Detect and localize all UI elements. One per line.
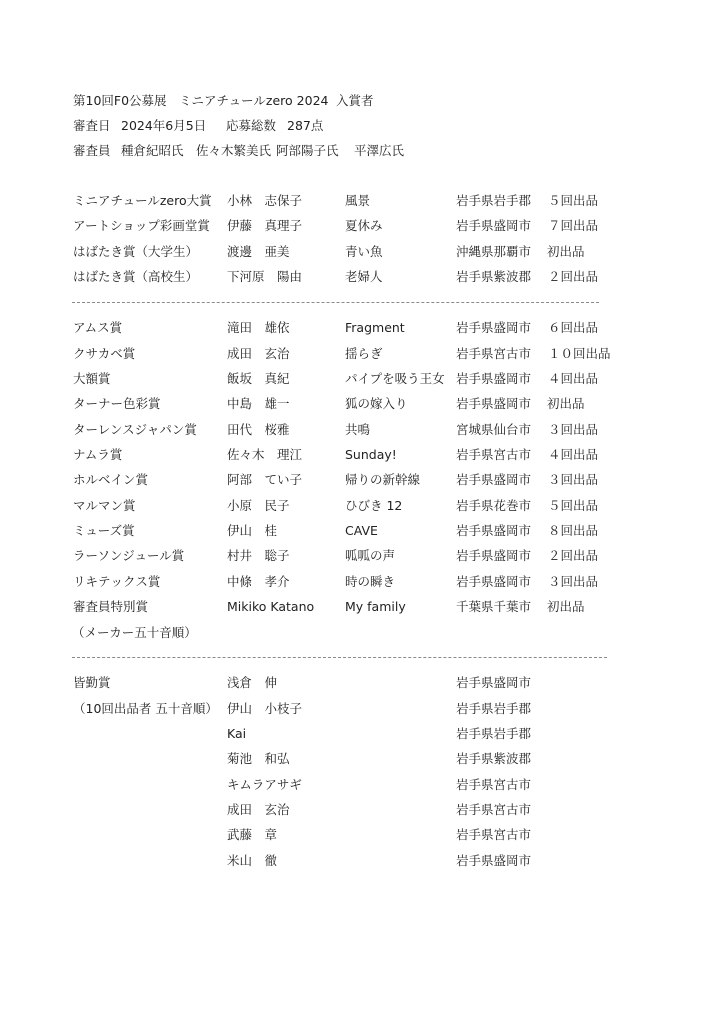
attendee-name: 伊山 小枝子: [227, 701, 302, 717]
entry-count: ３回出品: [548, 422, 598, 438]
winner-name: 飯坂 真紀: [227, 371, 290, 387]
judge-name: 佐々木繁美氏: [196, 143, 271, 159]
winner-name: 下河原 陽由: [227, 269, 302, 285]
entry-count: ３回出品: [548, 574, 598, 590]
prefecture-city: 岩手県岩手郡: [456, 726, 531, 742]
work-title: My family: [345, 599, 406, 615]
winner-name: 伊山 桂: [227, 523, 277, 539]
award-name: ターナー色彩賞: [73, 396, 161, 412]
prefecture-city: 岩手県盛岡市: [456, 320, 531, 336]
work-title: Fragment: [345, 320, 405, 336]
award-name: リキテックス賞: [73, 574, 160, 590]
prefecture-city: 岩手県宮古市: [456, 777, 531, 793]
award-name: マルマン賞: [73, 498, 136, 514]
entry-count: 初出品: [547, 244, 585, 260]
prefecture-city: 岩手県盛岡市: [456, 472, 531, 488]
winner-name: 佐々木 理江: [227, 447, 302, 463]
entry-count: ６回出品: [548, 320, 598, 336]
entry-count: ３回出品: [548, 472, 598, 488]
winner-name: 伊藤 真理子: [227, 218, 302, 234]
award-name: クサカベ賞: [73, 346, 135, 362]
prefecture-city: 岩手県岩手郡: [456, 701, 531, 717]
exhibition-title: 第10回F0公募展 ミニアチュールzero 2024: [73, 93, 328, 109]
prefecture-city: 岩手県盛岡市: [456, 574, 531, 590]
award-name: ターレンスジャパン賞: [73, 422, 197, 438]
work-title: 揺らぎ: [345, 346, 383, 362]
prefecture-city: 千葉県千葉市: [456, 599, 531, 615]
prefecture-city: 宮城県仙台市: [456, 422, 531, 438]
section-divider: [72, 657, 607, 658]
work-title: 狐の嫁入り: [345, 396, 408, 412]
prefecture-city: 岩手県宮古市: [456, 802, 531, 818]
work-title: 夏休み: [345, 218, 383, 234]
work-title: パイプを吸う王女: [345, 371, 445, 387]
maker-order-note: （メーカー五十音順）: [72, 625, 197, 641]
winners-label: 入賞者: [336, 93, 374, 109]
work-title: CAVE: [345, 523, 378, 539]
entry-count: 初出品: [547, 396, 585, 412]
entry-count: ２回出品: [548, 269, 598, 285]
judge-name: 阿部陽子氏: [276, 143, 339, 159]
award-name: ナムラ賞: [73, 447, 122, 463]
entry-count-value: 287点: [287, 118, 323, 134]
entry-count: １０回出品: [548, 346, 611, 362]
work-title: ひびき 12: [345, 498, 402, 514]
winner-name: 滝田 雄依: [227, 320, 290, 336]
prefecture-city: 岩手県花巻市: [456, 498, 531, 514]
prefecture-city: 岩手県盛岡市: [456, 396, 531, 412]
winner-name: 渡邊 亜美: [227, 244, 290, 260]
entry-count: ５回出品: [548, 498, 598, 514]
prefecture-city: 岩手県盛岡市: [456, 548, 531, 564]
award-name: ラーソンジュール賞: [73, 548, 184, 564]
winner-name: 小林 志保子: [227, 193, 302, 209]
prefecture-city: 岩手県盛岡市: [456, 523, 531, 539]
judging-date-label: 審査日: [73, 118, 111, 134]
attendee-name: キムラアサギ: [227, 777, 302, 793]
award-name: アムス賞: [73, 320, 122, 336]
award-name: 審査員特別賞: [73, 599, 148, 615]
award-name: アートショップ彩画堂賞: [73, 218, 210, 234]
attendee-name: 成田 玄治: [227, 802, 290, 818]
judge-name: 平澤広氏: [354, 143, 404, 159]
prefecture-city: 沖縄県那覇市: [456, 244, 531, 260]
work-title: Sunday!: [345, 447, 397, 463]
award-name: はばたき賞（高校生）: [73, 269, 198, 285]
entry-count: ７回出品: [548, 218, 598, 234]
attendee-name: 浅倉 伸: [227, 675, 277, 691]
work-title: 帰りの新幹線: [345, 472, 420, 488]
attendee-name: 米山 徹: [227, 853, 277, 869]
attendee-name: 菊池 和弘: [227, 751, 290, 767]
winner-name: 中條 孝介: [227, 574, 290, 590]
work-title: 共鳴: [345, 422, 370, 438]
prefecture-city: 岩手県紫波郡: [456, 269, 531, 285]
entry-count-label: 応募総数: [226, 118, 276, 134]
entry-count: ８回出品: [548, 523, 598, 539]
work-title: 時の瞬き: [345, 574, 395, 590]
work-title: 青い魚: [345, 244, 383, 260]
prefecture-city: 岩手県宮古市: [456, 346, 531, 362]
entry-count: ４回出品: [548, 371, 598, 387]
judging-date-value: 2024年6月5日: [121, 118, 206, 134]
prefecture-city: 岩手県宮古市: [456, 827, 531, 843]
prefecture-city: 岩手県宮古市: [456, 447, 531, 463]
attendance-note: （10回出品者 五十音順）: [73, 701, 218, 717]
prefecture-city: 岩手県盛岡市: [456, 218, 531, 234]
prefecture-city: 岩手県盛岡市: [456, 371, 531, 387]
prefecture-city: 岩手県盛岡市: [456, 853, 531, 869]
winner-name: Mikiko Katano: [227, 599, 314, 615]
winner-name: 中島 雄一: [227, 396, 290, 412]
entry-count: ２回出品: [548, 548, 598, 564]
winner-name: 小原 民子: [227, 498, 290, 514]
judge-name: 種倉紀昭氏: [121, 143, 184, 159]
award-name: 大額賞: [73, 371, 111, 387]
section-divider: [72, 302, 599, 303]
award-name: はばたき賞（大学生）: [73, 244, 198, 260]
work-title: 呱呱の声: [345, 548, 395, 564]
attendee-name: Kai: [227, 726, 246, 742]
winner-name: 田代 桜雅: [227, 422, 290, 438]
prefecture-city: 岩手県紫波郡: [456, 751, 531, 767]
work-title: 老婦人: [345, 269, 383, 285]
attendee-name: 武藤 章: [227, 827, 277, 843]
winner-name: 阿部 てい子: [227, 472, 302, 488]
prefecture-city: 岩手県盛岡市: [456, 675, 531, 691]
entry-count: 初出品: [547, 599, 585, 615]
judges-label: 審査員: [73, 143, 111, 159]
award-name: 皆勤賞: [73, 675, 111, 691]
award-name: ホルベイン賞: [73, 472, 148, 488]
winner-name: 成田 玄治: [227, 346, 290, 362]
prefecture-city: 岩手県岩手郡: [456, 193, 531, 209]
winner-name: 村井 聡子: [227, 548, 290, 564]
entry-count: ４回出品: [548, 447, 598, 463]
work-title: 風景: [345, 193, 370, 209]
entry-count: ５回出品: [548, 193, 598, 209]
award-name: ミューズ賞: [73, 523, 135, 539]
award-name: ミニアチュールzero大賞: [73, 193, 212, 209]
